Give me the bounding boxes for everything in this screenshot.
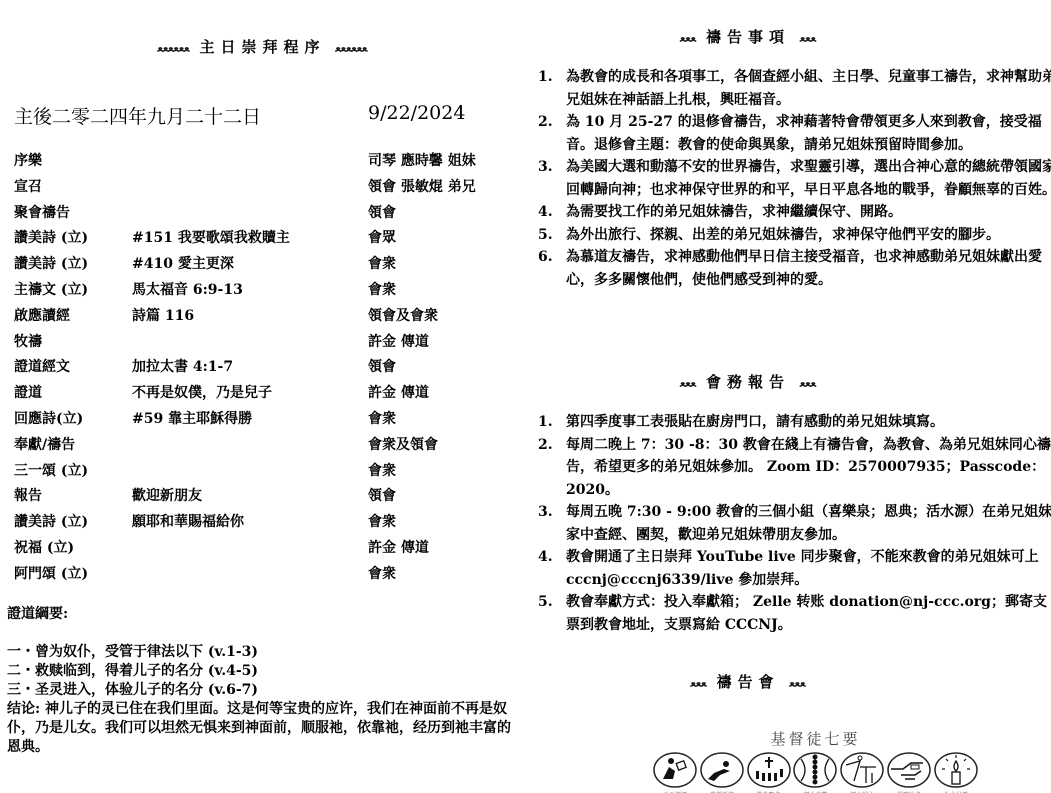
item-text: 為美國大選和動蕩不安的世界禱告，求聖靈引導，選出合神心意的總統帶領國家回轉歸向神… <box>566 156 1051 201</box>
date-chinese: 主後二零二四年九月二十二日 <box>14 106 261 128</box>
announcements-title: 會務報告 <box>706 373 790 391</box>
essential-item: 勤赴聚會 <box>747 751 791 793</box>
program-detail: 詩篇 116 <box>132 305 194 325</box>
item-text: 為慕道友禱告，求神感動他們早日信主接受福音，也求神感動弟兄姐妹獻出愛心，多多關懷… <box>566 246 1051 291</box>
ornament-icon: ﻌﻌﻌ <box>680 32 696 45</box>
sermon-outline: 證道綱要: 一・曾为奴仆，受管于律法以下 (v.1-3) 二・救赎临到，得着儿子… <box>7 605 517 757</box>
order-of-worship-title: 主日崇拜程序 <box>199 38 325 56</box>
program-item: 牧禱 <box>14 331 42 351</box>
outline-point: 二・救赎临到，得着儿子的名分 (v.4-5) <box>7 662 517 681</box>
order-of-worship-page: ﻌﻌﻌﻌﻌﻌ主日崇拜程序ﻌﻌﻌﻌﻌﻌ 主後二零二四年九月二十二日 9/22/20… <box>0 0 525 793</box>
essential-item: 常常祈禱 <box>700 751 744 793</box>
item-text: 每周五晚 7:30 - 9:00 教會的三個小組（喜樂泉；恩典；活水源）在弟兄姐… <box>566 501 1051 546</box>
program-row: 牧禱許金 傳道 <box>14 331 514 357</box>
prayer-item: 2.為 10 月 25-27 的退修會禱告，求神藉著特會帶領更多人來到教會，接受… <box>538 111 1051 156</box>
offering-icon <box>793 751 837 789</box>
program-row: 奉獻/禱告會衆及領會 <box>14 434 514 460</box>
program-item: 祝福 (立) <box>14 537 74 557</box>
program-person: 會眾 <box>368 227 396 247</box>
program-detail: #59 靠主耶穌得勝 <box>132 408 252 428</box>
program-row: 阿門頌 (立)會衆 <box>14 563 514 589</box>
ornament-icon: ﻌﻌﻌ <box>800 32 816 45</box>
program-detail: 歡迎新朋友 <box>132 485 202 505</box>
program-item: 三一頌 (立) <box>14 460 88 480</box>
outline-point: 一・曾为奴仆，受管于律法以下 (v.1-3) <box>7 643 517 662</box>
item-text: 為教會的成長和各項事工，各個查經小組、主日學、兒童事工禱告，求神幫助弟兄姐妹在神… <box>566 66 1051 111</box>
prayer-items-list: 1.為教會的成長和各項事工，各個查經小組、主日學、兒童事工禱告，求神幫助弟兄姐妹… <box>538 66 1051 291</box>
ornament-icon: ﻌﻌﻌﻌﻌﻌ <box>158 42 190 55</box>
program-item: 宣召 <box>14 176 42 196</box>
prayer-item: 3.為美國大選和動蕩不安的世界禱告，求聖靈引導，選出合神心意的總統帶領國家回轉歸… <box>538 156 1051 201</box>
program-row: 啟應讀經詩篇 116領會及會衆 <box>14 305 514 331</box>
program-row: 序樂司琴 應時馨 姐妹 <box>14 150 514 176</box>
program-row: 讚美詩 (立)願耶和華賜福給你會衆 <box>14 511 514 537</box>
essential-item: 天天讀經 <box>653 751 697 793</box>
program-person: 領會 <box>368 485 396 505</box>
order-of-worship-header: ﻌﻌﻌﻌﻌﻌ主日崇拜程序ﻌﻌﻌﻌﻌﻌ <box>0 36 525 57</box>
item-number: 4. <box>538 201 566 224</box>
prayer-items-header: ﻌﻌﻌ禱告事項ﻌﻌﻌ <box>525 26 1011 47</box>
announcements-page: ﻌﻌﻌ禱告事項ﻌﻌﻌ 1.為教會的成長和各項事工，各個查經小組、主日學、兒童事工… <box>525 0 1051 793</box>
item-number: 1. <box>538 411 566 434</box>
program-person: 會衆 <box>368 563 396 583</box>
item-number: 6. <box>538 246 566 291</box>
item-number: 2. <box>538 111 566 156</box>
program-item: 報告 <box>14 485 42 505</box>
announcement-item: 2.每周二晚上 7：30 -8：30 教會在綫上有禱告會，為教會、為弟兄姐妹同心… <box>538 434 1051 502</box>
seven-essentials-graphic: 基督徒七要 天天讀經 常常祈禱 勤赴聚會 努力奉獻 領人歸主 <box>653 728 978 793</box>
item-text: 第四季度事工表張貼在廚房門口，請有感動的弟兄姐妹填寫。 <box>566 411 1051 434</box>
item-text: 為外出旅行、探親、出差的弟兄姐妹禱告，求神保守他們平安的腳步。 <box>566 224 1051 247</box>
program-person: 會衆 <box>368 460 396 480</box>
service-date: 主後二零二四年九月二十二日 9/22/2024 <box>14 102 261 129</box>
program-detail: #151 我要歌頌我救贖主 <box>132 227 290 247</box>
gathering-icon <box>747 751 791 789</box>
program-person: 領會及會衆 <box>368 305 438 325</box>
ornament-icon: ﻌﻌﻌ <box>790 677 806 690</box>
announcements-header: ﻌﻌﻌ會務報告ﻌﻌﻌ <box>525 371 1011 392</box>
program-person: 許金 傳道 <box>368 331 429 351</box>
program-item: 回應詩(立) <box>14 408 83 428</box>
program-item: 證道經文 <box>14 356 70 376</box>
program-person: 許金 傳道 <box>368 382 429 402</box>
ornament-icon: ﻌﻌﻌ <box>680 377 696 390</box>
program-person: 會衆 <box>368 279 396 299</box>
essential-item: 領人歸主 <box>840 751 884 793</box>
program-person: 會衆 <box>368 253 396 273</box>
item-number: 3. <box>538 156 566 201</box>
program-item: 證道 <box>14 382 42 402</box>
ornament-icon: ﻌﻌﻌ <box>800 377 816 390</box>
program-detail: 馬太福音 6:9-13 <box>132 279 243 299</box>
ornament-icon: ﻌﻌﻌ <box>691 677 707 690</box>
prayer-item: 5.為外出旅行、探親、出差的弟兄姐妹禱告，求神保守他們平安的腳步。 <box>538 224 1051 247</box>
program-row: 讚美詩 (立)#151 我要歌頌我救贖主會眾 <box>14 227 514 253</box>
item-text: 教會開通了主日崇拜 YouTube live 同步聚會，不能來教會的弟兄姐妹可上… <box>566 546 1051 591</box>
announcement-item: 1.第四季度事工表張貼在廚房門口，請有感動的弟兄姐妹填寫。 <box>538 411 1051 434</box>
announcements-list: 1.第四季度事工表張貼在廚房門口，請有感動的弟兄姐妹填寫。 2.每周二晚上 7：… <box>538 411 1051 636</box>
outline-point: 三・圣灵进入，体验儿子的名分 (v.6-7) <box>7 681 517 700</box>
program-row: 讚美詩 (立)#410 愛主更深會衆 <box>14 253 514 279</box>
program-item: 讚美詩 (立) <box>14 253 88 273</box>
outline-conclusion: 结论: 神儿子的灵已住在我们里面。这是何等宝贵的应许，我们在神面前不再是奴仆，乃… <box>7 700 517 757</box>
item-number: 3. <box>538 501 566 546</box>
ornament-icon: ﻌﻌﻌﻌﻌﻌ <box>336 42 368 55</box>
program-person: 會衆及領會 <box>368 434 438 454</box>
program-person: 司琴 應時馨 姐妹 <box>368 150 476 170</box>
program-detail: #410 愛主更深 <box>132 253 234 273</box>
program-person: 許金 傳道 <box>368 537 429 557</box>
item-number: 2. <box>538 434 566 502</box>
essential-item: 服務社會 <box>887 751 931 793</box>
item-number: 5. <box>538 224 566 247</box>
program-row: 回應詩(立)#59 靠主耶穌得勝會衆 <box>14 408 514 434</box>
program-row: 證道經文加拉太書 4:1-7領會 <box>14 356 514 382</box>
program-item: 阿門頌 (立) <box>14 563 88 583</box>
candle-witness-icon <box>934 751 978 789</box>
prayer-item: 1.為教會的成長和各項事工，各個查經小組、主日學、兒童事工禱告，求神幫助弟兄姐妹… <box>538 66 1051 111</box>
program-person: 會衆 <box>368 408 396 428</box>
program-row: 報告歡迎新朋友領會 <box>14 485 514 511</box>
essential-item: 努力奉獻 <box>793 751 837 793</box>
item-number: 5. <box>538 591 566 636</box>
announcement-item: 4.教會開通了主日崇拜 YouTube live 同步聚會，不能來教會的弟兄姐妹… <box>538 546 1051 591</box>
program-row: 證道不再是奴僕，乃是兒子許金 傳道 <box>14 382 514 408</box>
program-person: 領會 張敏焜 弟兄 <box>368 176 476 196</box>
program-detail: 加拉太書 4:1-7 <box>132 356 233 376</box>
item-text: 教會奉獻方式：投入奉獻箱； Zelle 转账 donation@nj-ccc.o… <box>566 591 1051 636</box>
program-row: 三一頌 (立)會衆 <box>14 460 514 486</box>
item-text: 每周二晚上 7：30 -8：30 教會在綫上有禱告會，為教會、為弟兄姐妹同心禱告… <box>566 434 1051 502</box>
program-detail: 願耶和華賜福給你 <box>132 511 244 531</box>
essential-item: 為主見證 <box>934 751 978 793</box>
program-table: 序樂司琴 應時馨 姐妹 宣召領會 張敏焜 弟兄 聚會禱告領會 讚美詩 (立)#1… <box>14 150 514 589</box>
program-row: 宣召領會 張敏焜 弟兄 <box>14 176 514 202</box>
program-row: 聚會禱告領會 <box>14 202 514 228</box>
prayer-item: 4.為需要找工作的弟兄姐妹禱告，求神繼續保守、開路。 <box>538 201 1051 224</box>
praying-icon <box>700 751 744 789</box>
program-detail: 不再是奴僕，乃是兒子 <box>132 382 272 402</box>
program-item: 啟應讀經 <box>14 305 70 325</box>
sermon-outline-heading: 證道綱要: <box>7 605 517 624</box>
program-item: 序樂 <box>14 150 42 170</box>
program-item: 讚美詩 (立) <box>14 511 88 531</box>
prayer-items-title: 禱告事項 <box>706 28 790 46</box>
program-row: 主禱文 (立)馬太福音 6:9-13會衆 <box>14 279 514 305</box>
date-numeric: 9/22/2024 <box>368 102 465 124</box>
program-person: 領會 <box>368 202 396 222</box>
program-person: 領會 <box>368 356 396 376</box>
prayer-meeting-header: ﻌﻌﻌ禱告會ﻌﻌﻌ <box>525 671 1011 692</box>
seven-essentials-title: 基督徒七要 <box>653 728 978 749</box>
program-row: 祝福 (立)許金 傳道 <box>14 537 514 563</box>
program-item: 聚會禱告 <box>14 202 70 222</box>
program-person: 會衆 <box>368 511 396 531</box>
item-text: 為需要找工作的弟兄姐妹禱告，求神繼續保守、開路。 <box>566 201 1051 224</box>
announcement-item: 3.每周五晚 7:30 - 9:00 教會的三個小組（喜樂泉；恩典；活水源）在弟… <box>538 501 1051 546</box>
reading-bible-icon <box>653 751 697 789</box>
announcement-item: 5.教會奉獻方式：投入奉獻箱； Zelle 转账 donation@nj-ccc… <box>538 591 1051 636</box>
leading-to-lord-icon <box>840 751 884 789</box>
item-number: 1. <box>538 66 566 111</box>
program-item: 讚美詩 (立) <box>14 227 88 247</box>
serving-society-icon <box>887 751 931 789</box>
prayer-item: 6.為慕道友禱告，求神感動他們早日信主接受福音，也求神感動弟兄姐妹獻出愛心，多多… <box>538 246 1051 291</box>
item-number: 4. <box>538 546 566 591</box>
program-item: 奉獻/禱告 <box>14 434 75 454</box>
program-item: 主禱文 (立) <box>14 279 88 299</box>
prayer-meeting-title: 禱告會 <box>716 673 779 691</box>
item-text: 為 10 月 25-27 的退修會禱告，求神藉著特會帶領更多人來到教會，接受福音… <box>566 111 1051 156</box>
